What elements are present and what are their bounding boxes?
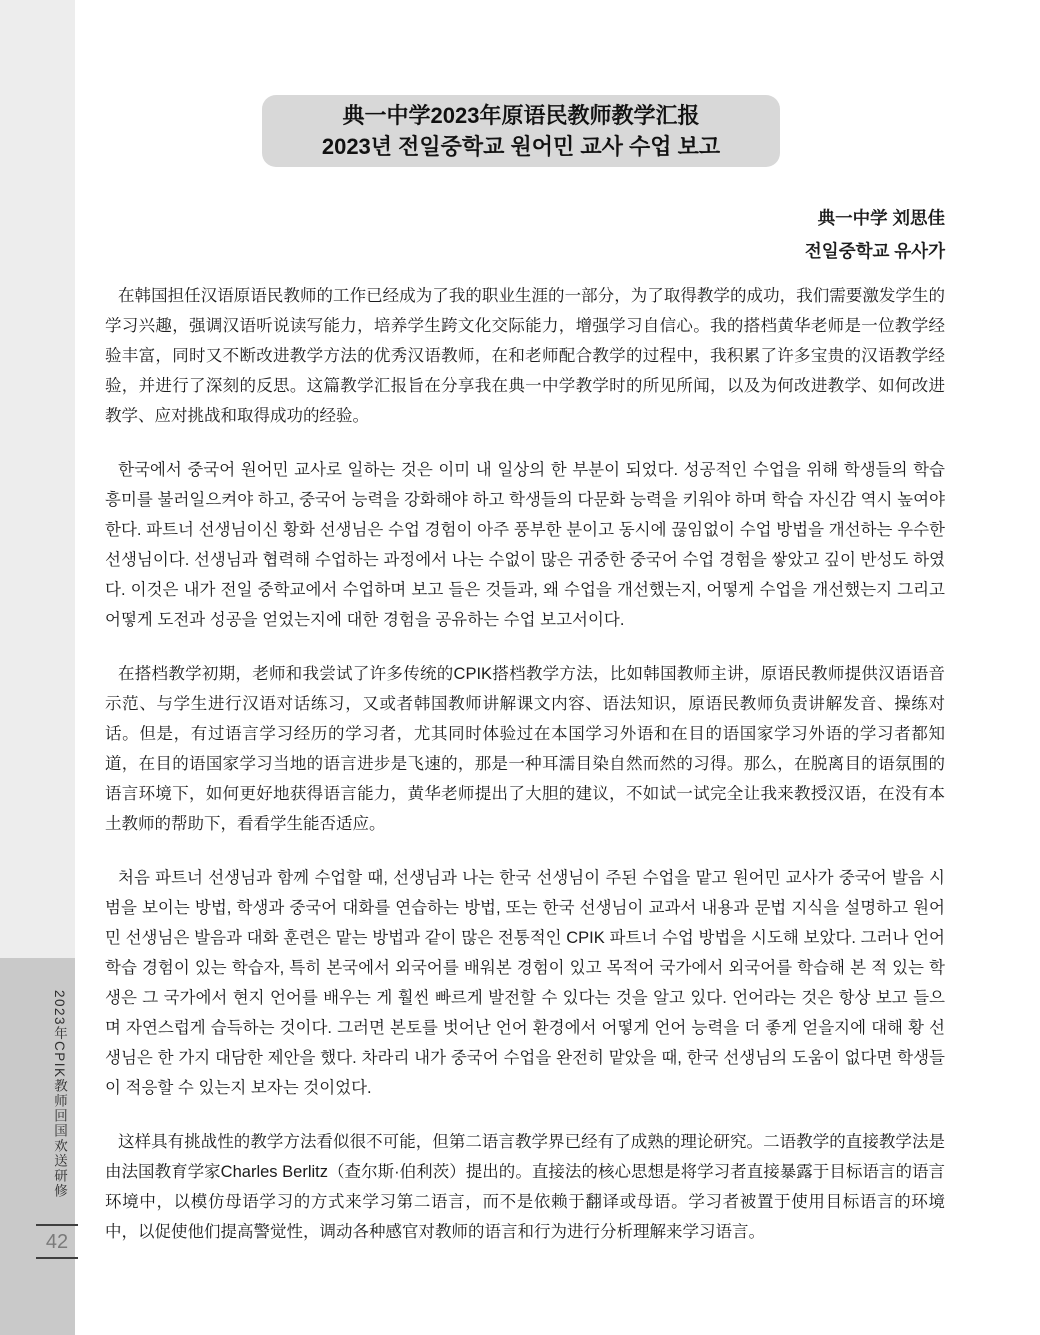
report-title-ko: 2023년 전일중학교 원어민 교사 수업 보고 (322, 131, 720, 162)
author-block: 典一中学 刘思佳 전일중학교 유사가 (805, 202, 945, 268)
report-body: 在韩国担任汉语原语民教师的工作已经成为了我的职业生涯的一部分，为了取得教学的成功… (105, 281, 945, 1271)
report-title-box: 典一中学2023年原语民教师教学汇报 2023년 전일중학교 원어민 교사 수업… (262, 95, 780, 167)
page-number-rule-bottom (36, 1257, 78, 1259)
paragraph-5-zh: 这样具有挑战性的教学方法看似很不可能，但第二语言教学界已经有了成熟的理论研究。二… (105, 1127, 945, 1247)
document-page: 2023年CPIK教师回国欢送研修 42 典一中学2023年原语民教师教学汇报 … (0, 0, 1040, 1335)
paragraph-2-ko: 한국에서 중국어 원어민 교사로 일하는 것은 이미 내 일상의 한 부분이 되… (105, 455, 945, 635)
sidebar-band: 2023年CPIK教师回国欢送研修 42 (0, 958, 75, 1335)
paragraph-3-zh: 在搭档教学初期，老师和我尝试了许多传统的CPIK搭档教学方法，比如韩国教师主讲，… (105, 659, 945, 839)
page-number-block: 42 (36, 1224, 78, 1259)
left-margin-strip (0, 0, 75, 958)
sidebar-vertical-label: 2023年CPIK教师回国欢送研修 (49, 990, 69, 1199)
author-line-ko: 전일중학교 유사가 (805, 235, 945, 268)
paragraph-1-zh: 在韩国担任汉语原语民教师的工作已经成为了我的职业生涯的一部分，为了取得教学的成功… (105, 281, 945, 431)
report-title-zh: 典一中学2023年原语民教师教学汇报 (343, 100, 700, 131)
author-line-zh: 典一中学 刘思佳 (805, 202, 945, 235)
page-number: 42 (36, 1226, 78, 1257)
paragraph-4-ko: 처음 파트너 선생님과 함께 수업할 때, 선생님과 나는 한국 선생님이 주된… (105, 863, 945, 1103)
